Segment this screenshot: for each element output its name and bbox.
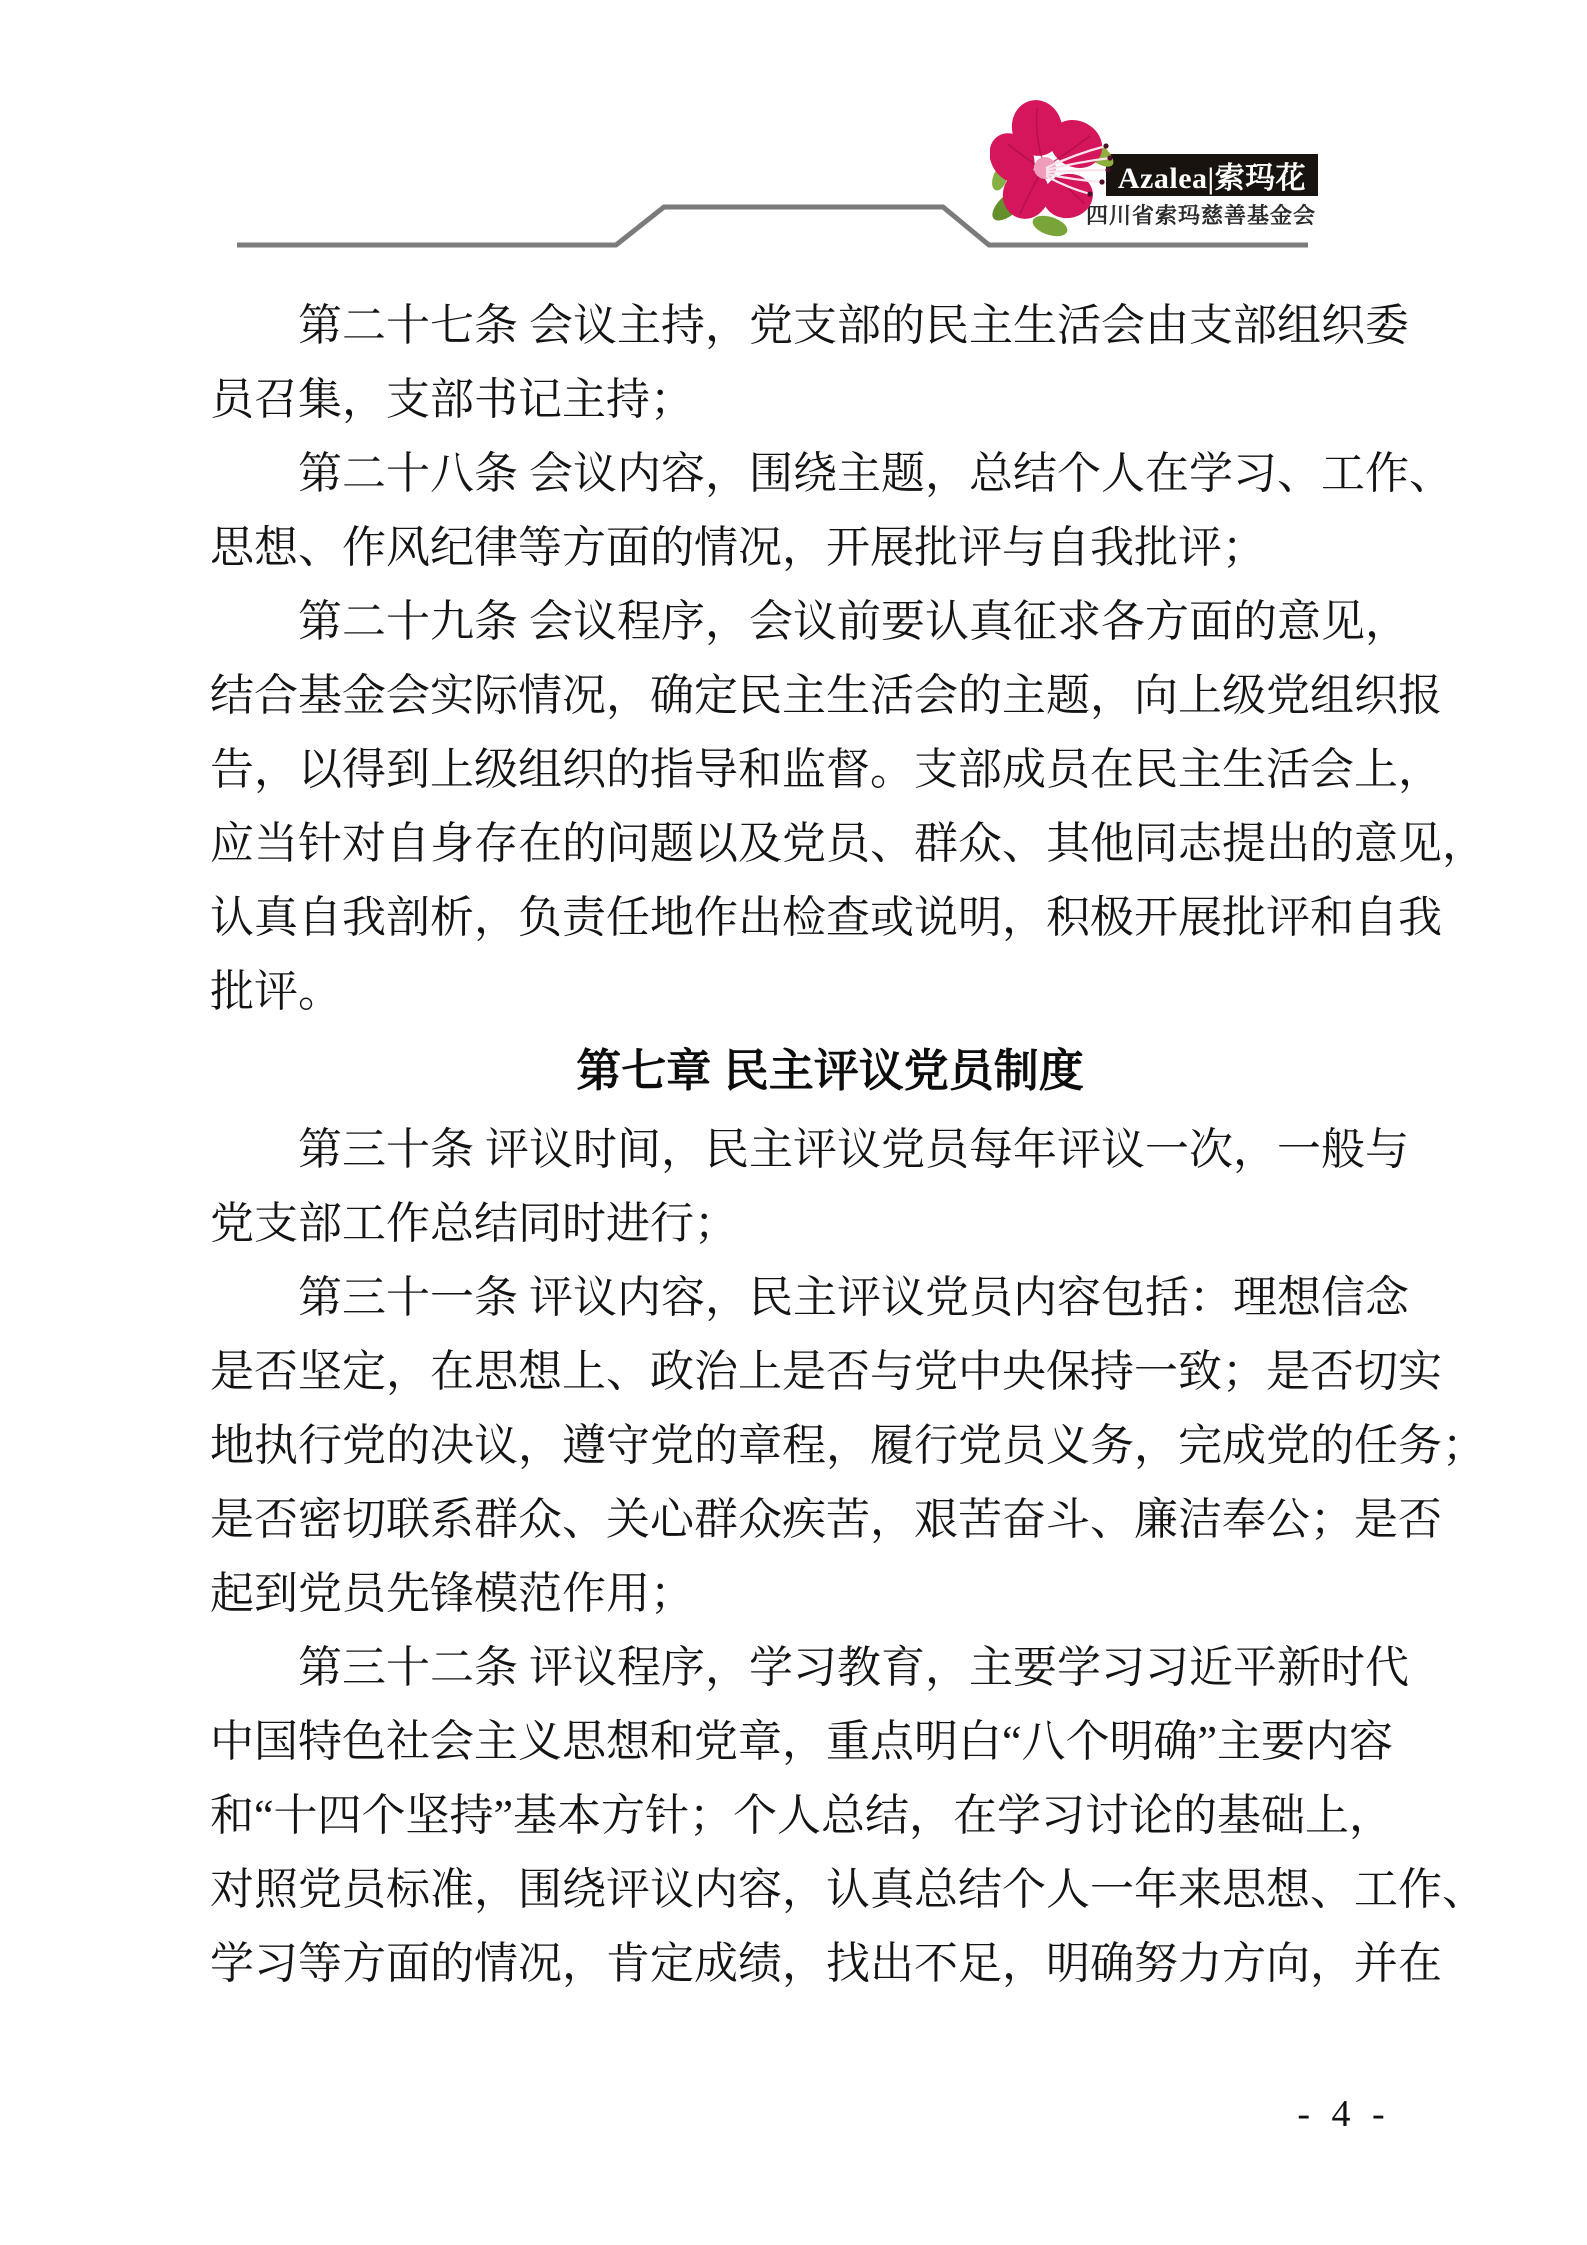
logo-brand-box: Azalea|索玛花 (1106, 154, 1318, 196)
text-line: 告，以得到上级组织的指导和监督。支部成员在民主生活会上， (210, 733, 1450, 807)
header-divider-line (0, 0, 1587, 300)
foundation-logo: Azalea|索玛花 四川省索玛慈善基金会 (980, 90, 1340, 250)
text-line: 员召集，支部书记主持； (210, 363, 1450, 437)
text-line: 第二十八条 会议内容，围绕主题，总结个人在学习、工作、 (210, 437, 1450, 511)
document-body: 第二十七条 会议主持，党支部的民主生活会由支部组织委员召集，支部书记主持；第二十… (210, 289, 1450, 2001)
text-line: 应当针对自身存在的问题以及党员、群众、其他同志提出的意见， (210, 807, 1450, 881)
text-line: 是否坚定，在思想上、政治上是否与党中央保持一致；是否切实 (210, 1335, 1450, 1409)
text-line: 中国特色社会主义思想和党章，重点明白“八个明确”主要内容 (210, 1705, 1450, 1779)
text-line: 认真自我剖析，负责任地作出检查或说明，积极开展批评和自我 (210, 881, 1450, 955)
text-line: 第三十二条 评议程序，学习教育，主要学习习近平新时代 (210, 1631, 1450, 1705)
text-line: 批评。 (210, 955, 1450, 1029)
text-line: 第二十九条 会议程序，会议前要认真征求各方面的意见， (210, 585, 1450, 659)
text-line: 结合基金会实际情况，确定民主生活会的主题，向上级党组织报 (210, 659, 1450, 733)
chapter-heading: 第七章 民主评议党员制度 (210, 1029, 1450, 1113)
text-line: 和“十四个坚持”基本方针；个人总结，在学习讨论的基础上， (210, 1779, 1450, 1853)
text-line: 第三十一条 评议内容，民主评议党员内容包括：理想信念 (210, 1261, 1450, 1335)
azalea-flower-icon (990, 96, 1120, 241)
page-number: - 4 - (1278, 2090, 1410, 2138)
text-line: 地执行党的决议，遵守党的章程，履行党员义务，完成党的任务； (210, 1409, 1450, 1483)
document-page: Azalea|索玛花 四川省索玛慈善基金会 第二十七条 会议主持，党支部的民主生… (0, 0, 1587, 2245)
text-line: 党支部工作总结同时进行； (210, 1187, 1450, 1261)
text-line: 学习等方面的情况，肯定成绩，找出不足，明确努力方向，并在 (210, 1927, 1450, 2001)
text-line: 第二十七条 会议主持，党支部的民主生活会由支部组织委 (210, 289, 1450, 363)
text-line: 起到党员先锋模范作用； (210, 1557, 1450, 1631)
logo-brand-text: Azalea|索玛花 (1118, 153, 1306, 197)
text-line: 第三十条 评议时间，民主评议党员每年评议一次，一般与 (210, 1113, 1450, 1187)
logo-org-name: 四川省索玛慈善基金会 (1086, 199, 1320, 230)
text-line: 是否密切联系群众、关心群众疾苦，艰苦奋斗、廉洁奉公；是否 (210, 1483, 1450, 1557)
text-line: 思想、作风纪律等方面的情况，开展批评与自我批评； (210, 511, 1450, 585)
text-line: 对照党员标准，围绕评议内容，认真总结个人一年来思想、工作、 (210, 1853, 1450, 1927)
